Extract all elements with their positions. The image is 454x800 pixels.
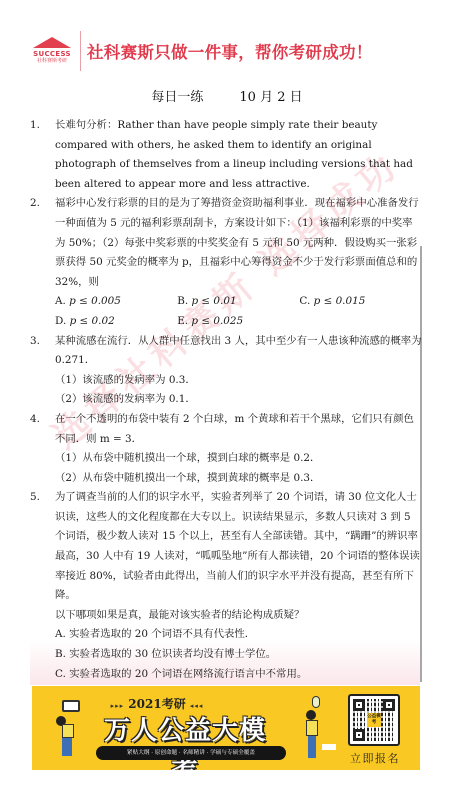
option-a: A. 实验者选取的 20 个词语不具有代表性． bbox=[55, 625, 422, 645]
logo-en: SUCCESS bbox=[33, 50, 71, 58]
option-b: B. 实验者选取的 30 位识读者均没有博士学位。 bbox=[55, 645, 422, 665]
lightbulb-icon bbox=[312, 696, 320, 708]
options: A. p ≤ 0.005 B. p ≤ 0.01 C. p ≤ 0.015 D.… bbox=[55, 292, 422, 331]
option-c: C. p ≤ 0.015 bbox=[299, 292, 421, 312]
exercise-content: 1. 长难句分析：Rather than have people simply … bbox=[30, 116, 422, 723]
mock-exam-banner[interactable]: ▸▸▸ 2021考研 ◂◂◂ 万人公益大模考 紧贴大纲 · 原创命题 · 名师精… bbox=[32, 686, 420, 770]
steps-decoration bbox=[322, 744, 336, 750]
question-number: 2. bbox=[30, 194, 40, 214]
title-date: 10 月 2 日 bbox=[239, 86, 302, 105]
option-a: A. p ≤ 0.005 bbox=[55, 292, 177, 312]
title-label: 每日一练 bbox=[151, 86, 203, 105]
page-title: 每日一练10 月 2 日 bbox=[0, 86, 454, 105]
slogan: 社科赛斯只做一件事，帮你考研成功！ bbox=[87, 39, 373, 63]
question-number: 4. bbox=[30, 410, 40, 430]
question-text: 为了调查当前的人们的识字水平，实验者列举了 20 个词语，请 30 位文化人士识… bbox=[55, 488, 422, 606]
question-number: 1. bbox=[30, 116, 40, 136]
qr-center-label: 公益模考 bbox=[367, 713, 381, 727]
girl-with-bulb-illustration bbox=[302, 696, 332, 762]
question-text: 某种流感在流行．从人群中任意找出 3 人，其中至少有一人患该种流感的概率为 0.… bbox=[55, 332, 422, 371]
question-number: 3. bbox=[30, 332, 40, 352]
question-3: 3. 某种流感在流行．从人群中任意找出 3 人，其中至少有一人患该种流感的概率为… bbox=[30, 332, 422, 410]
roof-icon bbox=[33, 37, 71, 48]
option-e: E. p ≤ 0.025 bbox=[177, 312, 299, 332]
condition-2: （2）从布袋中随机摸出一个球，摸到黄球的概率是 0.3． bbox=[55, 469, 422, 489]
question-text: 长难句分析：Rather than have people simply rat… bbox=[55, 116, 422, 194]
header: SUCCESS 社科赛斯考研 社科赛斯只做一件事，帮你考研成功！ bbox=[30, 28, 430, 74]
option-b: B. p ≤ 0.01 bbox=[177, 292, 299, 312]
question-2: 2. 福彩中心发行彩票的目的是为了筹措资金资助福利事业．现在福彩中心准备发行一种… bbox=[30, 194, 422, 331]
banner-headline: 万人公益大模考 bbox=[94, 710, 276, 770]
question-number: 5. bbox=[30, 488, 40, 508]
banner-features: 紧贴大纲 · 原创命题 · 名师精讲 · 学硕与专硕全覆盖 bbox=[96, 746, 286, 760]
signup-button[interactable]: 立即报名 bbox=[344, 750, 406, 766]
question-text: 福彩中心发行彩票的目的是为了筹措资金资助福利事业．现在福彩中心准备发行一种面值为… bbox=[55, 194, 422, 292]
logo-cn: 社科赛斯考研 bbox=[37, 58, 67, 64]
condition-1: （1）从布袋中随机摸出一个球，摸到白球的概率是 0.2． bbox=[55, 449, 422, 469]
condition-1: （1）该流感的发病率为 0.3． bbox=[55, 371, 422, 391]
qr-code[interactable]: 公益模考 bbox=[348, 694, 400, 746]
condition-2: （2）该流感的发病率为 0.1． bbox=[55, 390, 422, 410]
logo-divider bbox=[80, 31, 81, 71]
success-logo: SUCCESS 社科赛斯考研 bbox=[30, 31, 74, 71]
option-c: C. 实验者选取的 20 个词语在网络流行语言中不常用。 bbox=[55, 665, 422, 685]
question-1: 1. 长难句分析：Rather than have people simply … bbox=[30, 116, 422, 194]
question-4: 4. 在一个不透明的布袋中装有 2 个白球，m 个黄球和若干个黑球，它们只有颜色… bbox=[30, 410, 422, 488]
question-prompt: 以下哪项如果是真，最能对该实验者的结论构成质疑？ bbox=[55, 606, 422, 626]
question-text: 在一个不透明的布袋中装有 2 个白球，m 个黄球和若干个黑球，它们只有颜色不同．… bbox=[55, 410, 422, 449]
option-d: D. p ≤ 0.02 bbox=[55, 312, 177, 332]
